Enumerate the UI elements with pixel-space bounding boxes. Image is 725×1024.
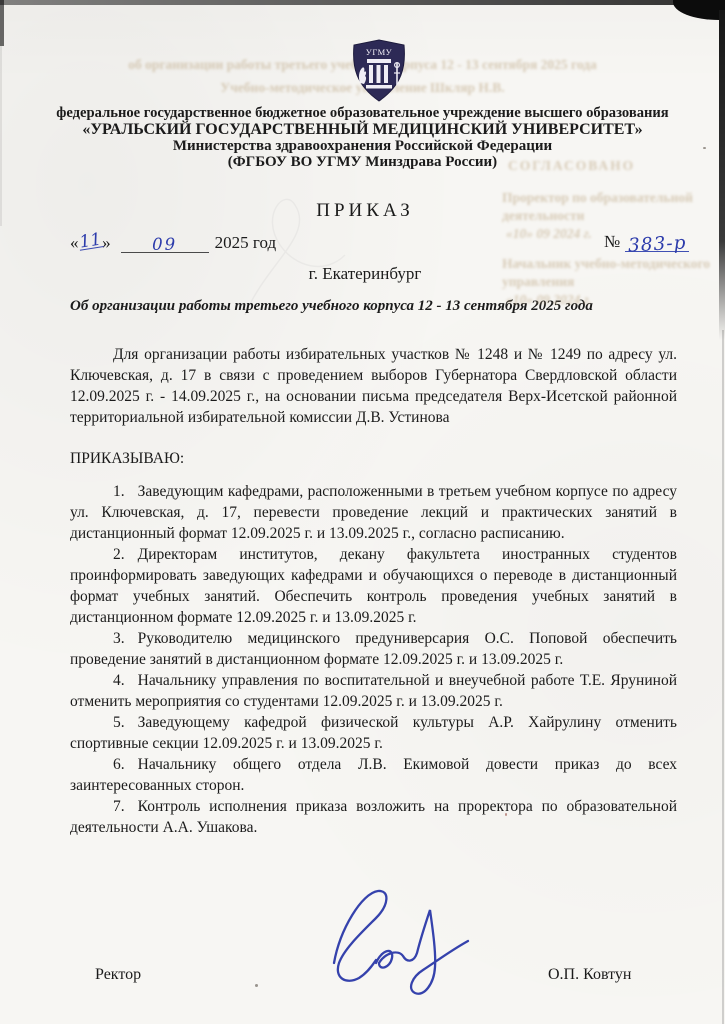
signer-position-label: Ректор xyxy=(95,966,141,984)
rector-signature xyxy=(318,883,478,998)
order-item: 3.Руководителю медицинского предуниверса… xyxy=(70,628,677,670)
order-item: 2.Директорам институтов, декану факульте… xyxy=(70,544,677,628)
bleed-through-line: «10» 09 2024 г. xyxy=(506,292,592,308)
scan-edge-left-dark xyxy=(0,0,4,46)
emblem-building-base xyxy=(366,85,392,89)
order-item: 7.Контроль исполнения приказа возложить … xyxy=(70,796,677,838)
emblem-building-column xyxy=(369,65,373,83)
date-day-handwritten: 11 xyxy=(77,232,103,251)
scanned-order-page: об организации работы третьего учебного … xyxy=(0,0,725,1024)
date-month-handwritten: 09 xyxy=(152,235,177,254)
order-number: №383-р xyxy=(604,232,689,252)
letterhead-line-2: «УРАЛЬСКИЙ ГОСУДАРСТВЕННЫЙ МЕДИЦИНСКИЙ У… xyxy=(30,121,695,139)
order-item: 5.Заведующему кафедрой физической культу… xyxy=(70,712,677,754)
number-blank: 383-р xyxy=(625,233,689,252)
bleed-through-line: «10» 09 2024 г. xyxy=(506,226,592,242)
bleed-through-line: деятельности xyxy=(502,208,584,224)
scan-edge-left-light xyxy=(0,46,2,226)
date-year: 2025 год xyxy=(215,233,276,252)
emblem-abbr: УГМУ xyxy=(366,47,393,57)
emblem-building-pediment xyxy=(367,59,391,63)
number-sign: № xyxy=(604,232,620,251)
letterhead-line-3: Министерства здравоохранения Российской … xyxy=(30,138,695,155)
emblem-building-column xyxy=(384,65,388,83)
order-item: 6.Начальнику общего отдела Л.В. Екимовой… xyxy=(70,754,677,796)
scan-edge-right-light xyxy=(722,330,724,1024)
scan-corner-top-right xyxy=(673,0,725,20)
item-number: 6. xyxy=(113,756,125,773)
order-date-line: «11»092025 год xyxy=(70,233,276,253)
university-emblem: УГМУ xyxy=(351,39,407,102)
item-number: 5. xyxy=(113,714,125,731)
date-month-blank: 09 xyxy=(121,234,209,253)
item-text: Начальнику управления по воспитательной … xyxy=(70,672,677,710)
letterhead-line-1: федеральное государственное бюджетное об… xyxy=(30,105,695,122)
letterhead-line-4: (ФГБОУ ВО УГМУ Минздрава России) xyxy=(30,154,695,171)
directive-line: ПРИКАЗЫВАЮ: xyxy=(70,450,184,468)
item-number: 1. xyxy=(113,483,125,500)
order-items: 1.Заведующим кафедрами, расположенными в… xyxy=(70,481,677,838)
item-number: 4. xyxy=(113,672,125,689)
emblem-building-column xyxy=(377,65,381,83)
number-handwritten: 383-р xyxy=(628,232,687,256)
bleed-through-line: Проректор по образовательной xyxy=(502,190,693,206)
item-number: 7. xyxy=(113,798,125,815)
date-close-quote: » xyxy=(102,233,111,252)
scan-edge-top xyxy=(0,0,725,5)
item-text: Руководителю медицинского предуниверсари… xyxy=(70,630,677,668)
preamble-paragraph: Для организации работы избирательных уча… xyxy=(70,344,677,428)
bleed-through-line: управления xyxy=(502,274,574,290)
item-text: Заведующим кафедрами, расположенными в т… xyxy=(70,483,677,542)
order-item: 1.Заведующим кафедрами, расположенными в… xyxy=(70,481,677,544)
signer-name: О.П. Ковтун xyxy=(548,966,631,984)
scan-edge-right-dark xyxy=(719,10,725,340)
item-text: Заведующему кафедрой физической культуры… xyxy=(70,714,677,752)
order-item: 4.Начальнику управления по воспитательно… xyxy=(70,670,677,712)
item-text: Начальнику общего отдела Л.В. Екимовой д… xyxy=(70,756,677,794)
item-text: Директорам институтов, декану факультета… xyxy=(70,546,677,626)
bleed-through-line: Начальник учебно-методического xyxy=(502,256,710,272)
ink-speck xyxy=(255,984,258,987)
item-number: 3. xyxy=(113,630,125,647)
item-number: 2. xyxy=(113,546,125,563)
ink-speck xyxy=(703,147,706,149)
item-text: Контроль исполнения приказа возложить на… xyxy=(70,798,677,836)
